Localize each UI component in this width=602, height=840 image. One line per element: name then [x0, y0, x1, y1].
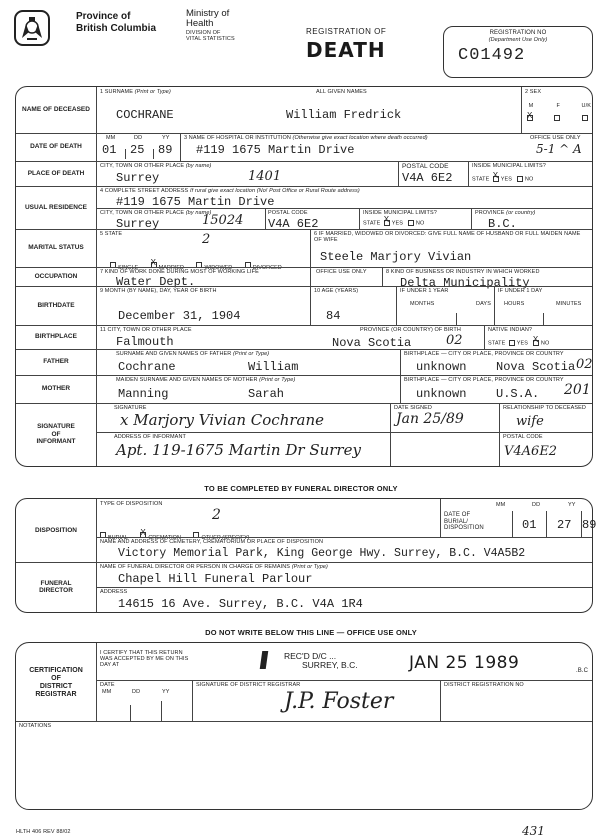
office-use-banner: DO NOT WRITE BELOW THIS LINE — OFFICE US… — [0, 628, 602, 637]
reg-no-sublabel: (Department Use Only) — [444, 37, 592, 43]
given-names-field[interactable]: William Fredrick — [286, 108, 401, 122]
birthplace-province-field[interactable]: Nova Scotia — [332, 336, 411, 350]
marital-state-code: 2 — [202, 232, 210, 247]
death-municipal-options: State Yes No — [472, 176, 533, 183]
father-birth-city-field[interactable]: unknown — [416, 360, 466, 374]
disposition-year-field[interactable]: 89 — [582, 518, 596, 532]
label-signature-of-informant: Signature of Informant — [16, 403, 96, 466]
ministry-line2: Health — [186, 19, 235, 29]
disposition-type-code: 2 — [212, 507, 221, 523]
birthplace-province-code: 02 — [446, 333, 463, 348]
mother-birth-code: 201 — [564, 382, 591, 398]
certify-text: I certify that this return was accepted … — [100, 650, 195, 668]
page-title: DEATH — [306, 38, 386, 62]
father-birth-code: 02 — [576, 357, 593, 372]
death-municipal-no[interactable] — [517, 176, 523, 182]
reg-no-label: REGISTRATION No — [444, 30, 592, 37]
label-marital-status: Marital Status — [16, 229, 96, 267]
bc-crest-logo — [14, 10, 50, 46]
hospital-field[interactable]: #119 1675 Martin Drive — [196, 143, 354, 157]
province-line1: Province of — [76, 11, 156, 23]
death-day-field[interactable]: 25 — [130, 143, 144, 157]
disposition-place-field[interactable]: Victory Memorial Park, King George Hwy. … — [118, 547, 525, 560]
office-use-label: Office Use Only — [530, 135, 581, 141]
death-city-field[interactable]: Surrey — [116, 171, 159, 185]
informant-postal-field[interactable]: V4A6E2 — [504, 444, 557, 459]
margin-note: 431 — [522, 824, 545, 838]
residence-municipal-no[interactable] — [408, 220, 414, 226]
sex-options: M F U/K — [527, 103, 591, 127]
mother-birth-province-field[interactable]: U.S.A. — [496, 387, 539, 401]
notations-label: Notations — [19, 723, 51, 729]
father-given-field[interactable]: William — [248, 360, 298, 374]
age-field[interactable]: 84 — [326, 309, 340, 323]
hospital-label: 3 Name of Hospital or Institution — [184, 135, 291, 141]
informant-signature-field[interactable]: x Marjory Vivian Cochrane — [120, 411, 324, 429]
label-disposition: Disposition — [16, 499, 96, 562]
surname-field[interactable]: COCHRANE — [116, 108, 174, 122]
label-usual-residence: Usual Residence — [16, 186, 96, 229]
registrar-signature: J.P. Foster — [284, 689, 393, 714]
stamp-mark-icon — [260, 651, 269, 669]
birthdate-field[interactable]: December 31, 1904 — [118, 309, 240, 323]
funeral-director-name-field[interactable]: Chapel Hill Funeral Parlour — [118, 572, 312, 586]
death-municipal-yes[interactable] — [493, 176, 499, 182]
residence-municipal-yes[interactable] — [384, 220, 390, 226]
mother-surname-field[interactable]: Manning — [118, 387, 168, 401]
province-line2: British Columbia — [76, 23, 156, 35]
native-no[interactable] — [533, 340, 539, 346]
informant-date-field[interactable]: Jan 25/89 — [396, 411, 464, 427]
disposition-month-field[interactable]: 01 — [522, 518, 536, 532]
mother-given-field[interactable]: Sarah — [248, 387, 284, 401]
registration-number-box: REGISTRATION No (Department Use Only) C0… — [443, 26, 593, 78]
label-certification-of-district-registrar: Certification of District Registrar — [16, 653, 96, 713]
father-birth-province-field[interactable]: Nova Scotia — [496, 360, 575, 374]
label-mother: Mother — [16, 375, 96, 403]
sex-label: 2 Sex — [525, 89, 541, 95]
residence-city-code: 15024 — [202, 213, 243, 228]
form-number: HLTH 406 REV 88/02 — [16, 829, 71, 835]
title-small: REGISTRATION OF — [306, 27, 386, 36]
label-occupation: Occupation — [16, 267, 96, 286]
disposition-section: Disposition Type of Disposition 2 Burial… — [15, 498, 593, 613]
native-yes[interactable] — [509, 340, 515, 346]
sex-option-f[interactable]: F — [554, 103, 562, 127]
reg-no-value: C01492 — [458, 46, 592, 65]
funeral-director-address-field[interactable]: 14615 16 Ave. Surrey, B.C. V4A 1R4 — [118, 597, 363, 611]
sex-option-uk[interactable]: U/K — [582, 103, 591, 127]
deceased-info-section: Name of Deceased 1 Surname (Print or Typ… — [15, 86, 593, 467]
header: Province of British Columbia Ministry of… — [0, 0, 602, 86]
notations-area[interactable] — [16, 731, 592, 809]
surname-label: 1 Surname — [100, 89, 133, 95]
spouse-label: 6 If Married, Widowed or Divorced: Give … — [314, 231, 584, 243]
birthplace-city-field[interactable]: Falmouth — [116, 335, 174, 349]
label-funeral-director: Funeral Director — [16, 562, 96, 612]
registrar-section: Certification of District Registrar I ce… — [15, 642, 593, 810]
label-place-of-death: Place of Death — [16, 161, 96, 186]
received-stamp: REC'D D/C ... SURREY, B.C. — [284, 652, 358, 671]
spouse-field[interactable]: Steele Marjory Vivian — [320, 250, 471, 264]
residence-street-field[interactable]: #119 1675 Martin Drive — [116, 195, 274, 209]
father-surname-field[interactable]: Cochrane — [118, 360, 176, 374]
death-city-code: 1401 — [248, 169, 281, 184]
funeral-director-banner: TO BE COMPLETED BY FUNERAL DIRECTOR ONLY — [0, 484, 602, 493]
death-postal-field[interactable]: V4A 6E2 — [402, 171, 452, 185]
death-month-field[interactable]: 01 — [102, 143, 116, 157]
office-use-code: 5-1 ^ A — [536, 142, 582, 156]
division-line2: Vital Statistics — [186, 36, 235, 42]
informant-address-field[interactable]: Apt. 119-1675 Martin Dr Surrey — [116, 441, 361, 459]
surname-hint: (Print or Type) — [135, 89, 171, 95]
label-date-of-death: Date of Death — [16, 133, 96, 161]
mother-birth-city-field[interactable]: unknown — [416, 387, 466, 401]
label-name-of-deceased: Name of Deceased — [16, 87, 96, 133]
label-father: Father — [16, 349, 96, 375]
disposition-day-field[interactable]: 27 — [557, 518, 571, 532]
label-birthdate: Birthdate — [16, 286, 96, 325]
sex-option-m[interactable]: M — [527, 103, 535, 127]
label-birthplace: Birthplace — [16, 325, 96, 349]
given-names-label: All Given Names — [316, 89, 367, 95]
informant-relationship-field[interactable]: wife — [516, 414, 544, 429]
received-date-stamp: JAN 25 1989 — [409, 653, 519, 673]
death-year-field[interactable]: 89 — [158, 143, 172, 157]
